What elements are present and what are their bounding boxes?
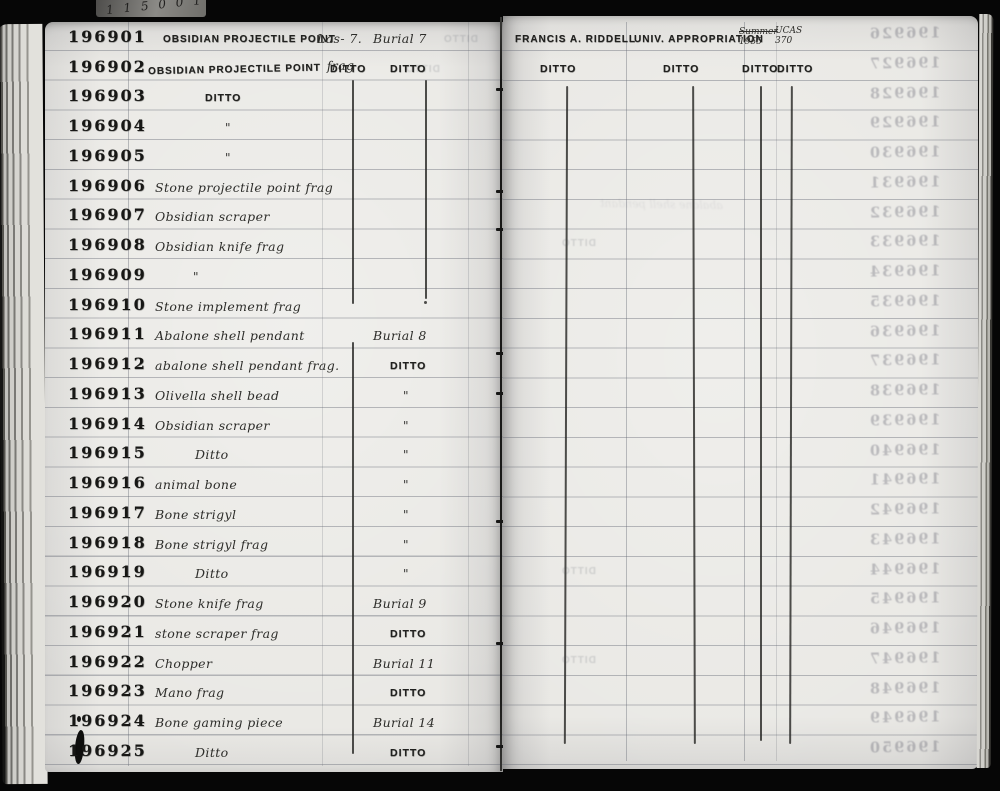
page-edge-stack-right xyxy=(977,14,994,768)
catalog-number: 196904 xyxy=(68,116,147,135)
catalog-number: 196913 xyxy=(68,384,147,403)
bleed-through-number: 196944 xyxy=(868,560,941,578)
object-description: " xyxy=(225,121,231,135)
object-description: Bone strigyl xyxy=(155,507,236,522)
page-edge-stack-left xyxy=(0,24,48,784)
table-row: 196925DittoDITTO xyxy=(45,734,503,764)
catalog-number: 196917 xyxy=(68,503,147,522)
burial-entry: DITTO xyxy=(390,63,426,75)
catalog-number: 196916 xyxy=(68,473,147,492)
object-description: Ditto xyxy=(195,745,229,760)
table-row: 196908Obsidian knife frag xyxy=(45,228,503,258)
bleed-through-ditto: DITTO xyxy=(561,238,596,249)
right-ghosts: 1969261969271969281969291969301969311969… xyxy=(503,16,978,769)
table-row: 196919Ditto" xyxy=(45,556,503,586)
object-description: Obsidian scraper xyxy=(155,209,270,224)
burial-entry: " xyxy=(403,389,409,403)
object-description: OBSIDIAN PROJECTILE POINT xyxy=(163,34,336,45)
catalog-number: 196902 xyxy=(68,57,147,76)
bleed-through-number: 196939 xyxy=(868,411,941,429)
bleed-through-number: 196943 xyxy=(868,530,941,548)
bleed-through-number: 196934 xyxy=(868,262,941,280)
object-description: stone scraper frag xyxy=(155,626,279,641)
bleed-through-number: 196941 xyxy=(868,471,941,489)
table-row: 196922ChopperBurial 11 xyxy=(45,645,503,675)
bleed-through-number: 196945 xyxy=(868,590,941,608)
burial-entry: " xyxy=(403,448,409,462)
object-description: Ditto xyxy=(195,447,229,462)
bleed-through-number: 196942 xyxy=(868,500,941,518)
bleed-through-number: 196935 xyxy=(868,292,941,310)
bleed-through-number: 196950 xyxy=(868,738,941,756)
object-description: OBSIDIAN PROJECTILE POINTfrag xyxy=(148,57,355,76)
site-entry: DITTO xyxy=(330,63,366,75)
burial-entry: Burial 11 xyxy=(373,656,435,671)
bleed-through-number: 196948 xyxy=(868,679,941,697)
table-row: 196905" xyxy=(45,139,503,169)
burial-entry: Burial 9 xyxy=(373,596,427,611)
burial-entry: " xyxy=(403,478,409,492)
catalog-number: 196924 xyxy=(68,711,147,730)
table-row: 196920Stone knife fragBurial 9 xyxy=(45,585,503,615)
object-description: Obsidian scraper xyxy=(155,418,270,433)
catalog-number: 196909 xyxy=(68,265,147,284)
table-row: 196918Bone strigyl frag" xyxy=(45,526,503,556)
catalog-number: 196921 xyxy=(68,622,147,641)
object-description: Bone strigyl frag xyxy=(155,537,268,552)
bleed-through-number: 196947 xyxy=(868,649,941,667)
catalog-number: 196901 xyxy=(68,27,147,46)
catalog-number: 196912 xyxy=(68,354,147,373)
catalog-number: 196920 xyxy=(68,592,147,611)
ledger-right-page: FRANCIS A. RIDDELL UNIV. APPROPRIATION S… xyxy=(503,16,978,769)
catalog-number: 196925 xyxy=(68,741,147,760)
margin-note: 1 1 5 0 0 1 xyxy=(106,0,205,17)
object-description: " xyxy=(225,151,231,165)
burial-entry: Burial 8 xyxy=(373,328,427,343)
bleed-through-number: 196931 xyxy=(868,173,941,191)
object-description: Ditto xyxy=(195,566,229,581)
table-row: 196910Stone implement frag xyxy=(45,288,503,318)
ledger-left-page: DITTO DITTO 196901OBSIDIAN PROJECTILE PO… xyxy=(45,22,503,772)
catalog-number: 196922 xyxy=(68,652,147,671)
object-description: " xyxy=(193,270,199,284)
site-entry: Las- 7. xyxy=(317,31,362,46)
bleed-through-number: 196930 xyxy=(868,143,941,161)
catalog-number: 196911 xyxy=(68,324,147,343)
bleed-through-number: 196932 xyxy=(868,203,941,221)
bleed-through-number: 196927 xyxy=(868,54,941,72)
table-row: 196924Bone gaming pieceBurial 14 xyxy=(45,704,503,734)
table-row: 196917Bone strigyl" xyxy=(45,496,503,526)
object-description: Abalone shell pendant xyxy=(155,328,305,343)
table-row: 196912abalone shell pendant frag.DITTO xyxy=(45,347,503,377)
burial-entry: " xyxy=(403,419,409,433)
burial-entry: DITTO xyxy=(390,360,426,372)
table-row: 196911Abalone shell pendantBurial 8 xyxy=(45,318,503,348)
bleed-through-number: 196926 xyxy=(868,24,941,42)
bleed-through-number: 196946 xyxy=(868,619,941,637)
object-description: animal bone xyxy=(155,477,237,492)
object-description: Chopper xyxy=(155,656,212,671)
burial-entry: DITTO xyxy=(390,747,426,759)
object-description: abalone shell pendant frag. xyxy=(155,358,339,373)
bleed-through-number: 196933 xyxy=(868,233,941,251)
object-description: Obsidian knife frag xyxy=(155,239,284,254)
bleed-through-number: 196929 xyxy=(868,114,941,132)
catalog-number: 196910 xyxy=(68,295,147,314)
bleed-through-number: 196938 xyxy=(868,381,941,399)
bleed-through-number: 196928 xyxy=(868,84,941,102)
object-description: Bone gaming piece xyxy=(155,715,283,730)
bleed-through-ditto: DITTO xyxy=(561,566,596,577)
table-row: 196923Mano fragDITTO xyxy=(45,675,503,705)
catalog-number: 196903 xyxy=(68,86,147,105)
table-row: 196903DITTO xyxy=(45,80,503,110)
bleed-through-number: 196940 xyxy=(868,441,941,459)
table-row: 196904" xyxy=(45,109,503,139)
catalog-number: 196905 xyxy=(68,146,147,165)
table-row: 196913Olivella shell bead" xyxy=(45,377,503,407)
catalog-number: 196914 xyxy=(68,414,147,433)
object-description: Stone implement frag xyxy=(155,299,301,314)
catalog-number: 196919 xyxy=(68,562,147,581)
table-row: 196906Stone projectile point frag xyxy=(45,169,503,199)
catalog-number: 196908 xyxy=(68,235,147,254)
burial-entry: " xyxy=(403,538,409,552)
object-description: Stone knife frag xyxy=(155,596,264,611)
table-row: 196907Obsidian scraper xyxy=(45,199,503,229)
bleed-through-number: 196949 xyxy=(868,709,941,727)
object-description: Olivella shell bead xyxy=(155,388,279,403)
object-description: Stone projectile point frag xyxy=(155,180,333,195)
catalog-number: 196923 xyxy=(68,681,147,700)
object-description: DITTO xyxy=(205,92,241,104)
table-row: 196916animal bone" xyxy=(45,466,503,496)
table-row: 196914Obsidian scraper" xyxy=(45,407,503,437)
bleed-through-number: 196937 xyxy=(868,352,941,370)
left-rows: 196901OBSIDIAN PROJECTILE POINTLas- 7.Bu… xyxy=(45,22,503,772)
catalog-number: 196915 xyxy=(68,443,147,462)
object-description: Mano frag xyxy=(155,685,224,700)
ledger-book: 1 1 5 0 0 1 DITTO DITTO 196901OBSIDIAN P… xyxy=(0,0,1000,791)
margin-note-patch: 1 1 5 0 0 1 xyxy=(96,0,206,17)
catalog-number: 196918 xyxy=(68,533,147,552)
table-row: 196921stone scraper fragDITTO xyxy=(45,615,503,645)
table-row: 196909" xyxy=(45,258,503,288)
catalog-number: 196906 xyxy=(68,176,147,195)
burial-entry: " xyxy=(403,508,409,522)
bleed-through-ditto: DITTO xyxy=(561,655,596,666)
burial-entry: Burial 7 xyxy=(373,31,427,46)
bleed-through-number: 196936 xyxy=(868,322,941,340)
table-row: 196902OBSIDIAN PROJECTILE POINTfragDITTO… xyxy=(45,50,503,80)
burial-entry: " xyxy=(403,567,409,581)
table-row: 196901OBSIDIAN PROJECTILE POINTLas- 7.Bu… xyxy=(45,20,503,50)
burial-entry: DITTO xyxy=(390,687,426,699)
burial-entry: Burial 14 xyxy=(373,715,435,730)
catalog-number: 196907 xyxy=(68,205,147,224)
table-row: 196915Ditto" xyxy=(45,437,503,467)
burial-entry: DITTO xyxy=(390,628,426,640)
